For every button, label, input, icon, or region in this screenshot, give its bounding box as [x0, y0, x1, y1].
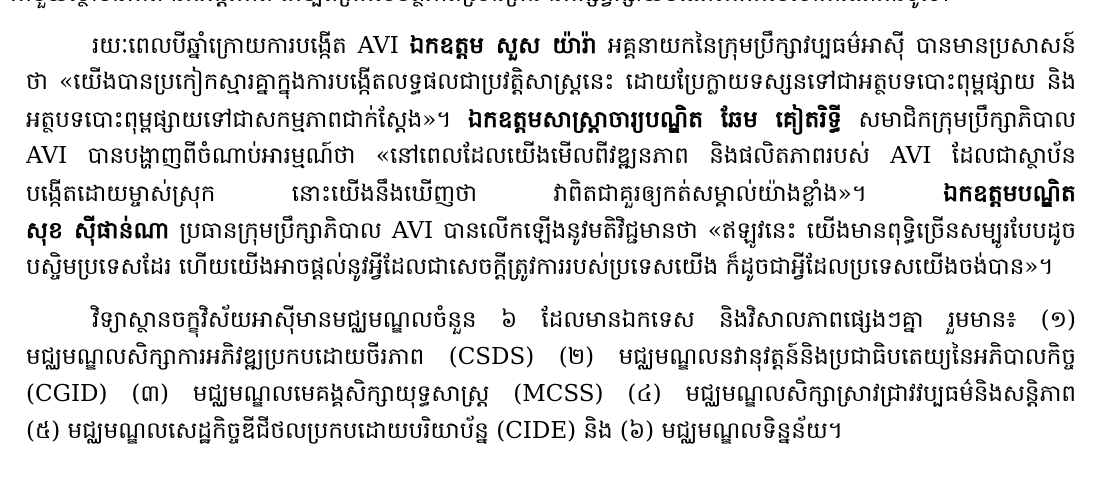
- body-text: ថា «យើងបានប្រកៀកស្មារគ្នាក្នុងការបង្កើតល…: [26, 69, 1076, 101]
- body-text: សមាជិកក្រុមប្រឹក្សាភិបាល: [842, 107, 1076, 133]
- document-page: ជាមួយស្ថាប័នជាតិ និងអន្តរជាតិ ដើម្បីពង្រ…: [0, 0, 1100, 490]
- text-line: វិទ្យាស្ថានចក្ខុវិស័យអាស៊ីមានមជ្ឈមណ្ឌលចំ…: [26, 302, 1076, 339]
- clipped-line-text: ជាមួយស្ថាប័នជាតិ និងអន្តរជាតិ ដើម្បីពង្រ…: [10, 0, 1060, 12]
- body-text: រយៈពេលបីឆ្នាំក្រោយការបង្កើត AVI: [92, 33, 410, 59]
- text-line: AVI បានបង្ហាញពីចំណាប់អារម្មណ៍ថា «នៅពេលដែ…: [26, 138, 1076, 175]
- body-text: (៥) មជ្ឈមណ្ឌលសេដ្ឋកិច្ចឌីជីថលប្រកបដោយបរិ…: [26, 418, 843, 444]
- body-text: អត្ថបទបោះពុម្ពផ្សាយទៅជាសកម្មភាពជាក់ស្តែង…: [26, 107, 468, 133]
- text-line: អត្ថបទបោះពុម្ពផ្សាយទៅជាសកម្មភាពជាក់ស្តែង…: [26, 101, 1076, 138]
- body-text: (CGID) (៣) មជ្ឈមណ្ឌលមេគង្គសិក្សាយុទ្ធសាស…: [26, 381, 1076, 413]
- text-line: (៥) មជ្ឈមណ្ឌលសេដ្ឋកិច្ចឌីជីថលប្រកបដោយបរិ…: [26, 413, 1076, 450]
- body-text: ប្រធានក្រុមប្រឹក្សាភិបាល AVI បានលើកឡើងនូ…: [26, 218, 1076, 249]
- body-text: វិទ្យាស្ថានចក្ខុវិស័យអាស៊ីមានមជ្ឈមណ្ឌលចំ…: [92, 307, 1076, 333]
- body-text: មជ្ឈមណ្ឌលសិក្សាការអភិវឌ្ឍប្រកបដោយចីរភាព …: [26, 344, 1076, 370]
- text-line: ថា «យើងបានប្រកៀកស្មារគ្នាក្នុងការបង្កើតល…: [26, 64, 1076, 101]
- text-line: សុខ ស៊ីផាន់ណា ប្រធានក្រុមប្រឹក្សាភិបាល A…: [26, 212, 1076, 249]
- paragraph: វិទ្យាស្ថានចក្ខុវិស័យអាស៊ីមានមជ្ឈមណ្ឌលចំ…: [26, 302, 1076, 450]
- document-body: រយៈពេលបីឆ្នាំក្រោយការបង្កើត AVI ឯកឧត្តម …: [0, 15, 1100, 450]
- text-line: (CGID) (៣) មជ្ឈមណ្ឌលមេគង្គសិក្សាយុទ្ធសាស…: [26, 376, 1076, 413]
- clipped-text-line: ជាមួយស្ថាប័នជាតិ និងអន្តរជាតិ ដើម្បីពង្រ…: [0, 0, 1100, 15]
- text-line: មជ្ឈមណ្ឌលសិក្សាការអភិវឌ្ឍប្រកបដោយចីរភាព …: [26, 339, 1076, 376]
- body-text: អគ្គនាយកនៃក្រុមប្រឹក្សាវប្បធម៌អាស៊ី បានម…: [597, 33, 1076, 59]
- text-line: បង្កើតដោយម្ចាស់ស្រុក នោះយើងនឹងឃើញថា វាពិ…: [26, 175, 1076, 212]
- body-text: បង្កើតដោយម្ចាស់ស្រុក នោះយើងនឹងឃើញថា វាពិ…: [26, 181, 943, 207]
- paragraph: រយៈពេលបីឆ្នាំក្រោយការបង្កើត AVI ឯកឧត្តម …: [26, 27, 1076, 286]
- text-line: បស្ចិមប្រទេសដែរ ហើយយើងអាចផ្តល់នូវអ្វីដែល…: [26, 249, 1076, 286]
- body-text: AVI បានបង្ហាញពីចំណាប់អារម្មណ៍ថា «នៅពេលដែ…: [26, 143, 1076, 175]
- bold-name-text: ឯកឧត្តមសាស្ត្រាចារ្យបណ្ឌិត ឆែម គៀតរិទ្ធី: [468, 106, 842, 133]
- bold-name-text: សុខ ស៊ីផាន់ណា: [26, 217, 169, 244]
- bold-name-text: ឯកឧត្តម សួស យ៉ារ៉ា: [410, 32, 597, 59]
- text-line: រយៈពេលបីឆ្នាំក្រោយការបង្កើត AVI ឯកឧត្តម …: [26, 27, 1076, 64]
- body-text: បស្ចិមប្រទេសដែរ ហើយយើងអាចផ្តល់នូវអ្វីដែល…: [26, 254, 1054, 280]
- bold-name-text: ឯកឧត្តមបណ្ឌិត: [943, 180, 1076, 207]
